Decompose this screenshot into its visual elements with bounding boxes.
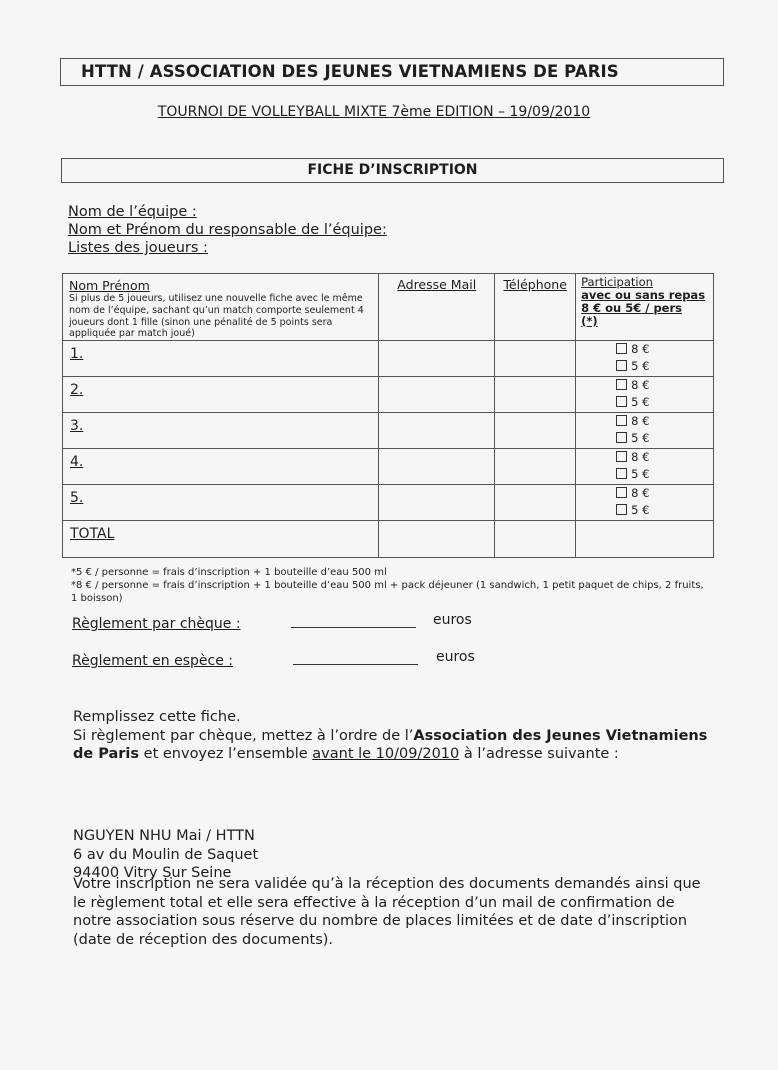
checkbox-8-euro[interactable] (616, 343, 627, 354)
footnote-5: *5 € / personne = frais d’inscription + … (71, 566, 711, 579)
players-list-label: Listes des joueurs : (68, 240, 208, 256)
participation-cell: 8 €5 € (576, 449, 714, 485)
cash-payment-label: Règlement en espèce : (72, 653, 233, 669)
checkbox-8-euro[interactable] (616, 451, 627, 462)
validation-text: Votre inscription ne sera validée qu’à l… (73, 875, 713, 949)
player-name-cell[interactable]: 3. (63, 413, 379, 449)
col-phone-header: Téléphone (495, 274, 576, 341)
table-header-row: Nom Prénom Si plus de 5 joueurs, utilise… (63, 274, 714, 341)
footnote-8: *8 € / personne = frais d’inscription + … (71, 579, 711, 605)
table-row: 2.8 €5 € (63, 377, 714, 413)
checkbox-5-euro[interactable] (616, 468, 627, 479)
header-title-box: HTTN / ASSOCIATION DES JEUNES VIETNAMIEN… (60, 58, 724, 86)
table-row: 4.8 €5 € (63, 449, 714, 485)
participation-cell: 8 €5 € (576, 413, 714, 449)
cash-unit: euros (436, 649, 475, 665)
form-title: FICHE D’INSCRIPTION (62, 162, 723, 178)
total-phone-cell[interactable] (495, 521, 576, 558)
player-phone-cell[interactable] (495, 413, 576, 449)
checkbox-8-euro[interactable] (616, 487, 627, 498)
col-participation-header: Participation avec ou sans repas 8 € ou … (576, 274, 714, 341)
player-phone-cell[interactable] (495, 449, 576, 485)
deadline: avant le 10/09/2010 (312, 746, 459, 762)
instructions: Remplissez cette fiche. Si règlement par… (73, 708, 713, 764)
participation-cell: 8 €5 € (576, 341, 714, 377)
player-phone-cell[interactable] (495, 341, 576, 377)
participation-cell: 8 €5 € (576, 377, 714, 413)
name-column-note: Si plus de 5 joueurs, utilisez une nouve… (63, 293, 378, 340)
cheque-unit: euros (433, 612, 472, 628)
player-name-cell[interactable]: 1. (63, 341, 379, 377)
checkbox-8-euro[interactable] (616, 415, 627, 426)
checkbox-8-euro[interactable] (616, 379, 627, 390)
footnotes: *5 € / personne = frais d’inscription + … (71, 566, 711, 605)
total-email-cell[interactable] (379, 521, 495, 558)
team-name-label: Nom de l’équipe : (68, 204, 197, 220)
col-name-header: Nom Prénom Si plus de 5 joueurs, utilise… (63, 274, 379, 341)
row-number: 4. (63, 449, 378, 470)
row-number: 5. (63, 485, 378, 506)
table-row: 3.8 €5 € (63, 413, 714, 449)
row-number: 1. (63, 341, 378, 362)
form-title-box: FICHE D’INSCRIPTION (61, 158, 724, 183)
player-email-cell[interactable] (379, 449, 495, 485)
header-title: HTTN / ASSOCIATION DES JEUNES VIETNAMIEN… (81, 62, 619, 81)
player-email-cell[interactable] (379, 341, 495, 377)
col-email-header: Adresse Mail (379, 274, 495, 341)
player-name-cell[interactable]: 5. (63, 485, 379, 521)
row-number: 3. (63, 413, 378, 434)
checkbox-5-euro[interactable] (616, 432, 627, 443)
manager-name-label: Nom et Prénom du responsable de l’équipe… (68, 222, 387, 238)
table-row: 1.8 €5 € (63, 341, 714, 377)
player-name-cell[interactable]: 4. (63, 449, 379, 485)
total-label: TOTAL (63, 521, 378, 542)
header-subtitle: TOURNOI DE VOLLEYBALL MIXTE 7ème EDITION… (0, 104, 748, 120)
player-phone-cell[interactable] (495, 485, 576, 521)
cash-amount-field[interactable] (293, 664, 418, 665)
checkbox-5-euro[interactable] (616, 360, 627, 371)
player-phone-cell[interactable] (495, 377, 576, 413)
total-amount-cell[interactable] (576, 521, 714, 558)
players-table: Nom Prénom Si plus de 5 joueurs, utilise… (62, 273, 714, 558)
player-name-cell[interactable]: 2. (63, 377, 379, 413)
total-row: TOTAL (63, 521, 714, 558)
cheque-payment-label: Règlement par chèque : (72, 616, 241, 632)
table-row: 5.8 €5 € (63, 485, 714, 521)
cheque-amount-field[interactable] (291, 627, 416, 628)
row-number: 2. (63, 377, 378, 398)
player-email-cell[interactable] (379, 485, 495, 521)
participation-cell: 8 €5 € (576, 485, 714, 521)
player-email-cell[interactable] (379, 377, 495, 413)
checkbox-5-euro[interactable] (616, 504, 627, 515)
player-email-cell[interactable] (379, 413, 495, 449)
checkbox-5-euro[interactable] (616, 396, 627, 407)
